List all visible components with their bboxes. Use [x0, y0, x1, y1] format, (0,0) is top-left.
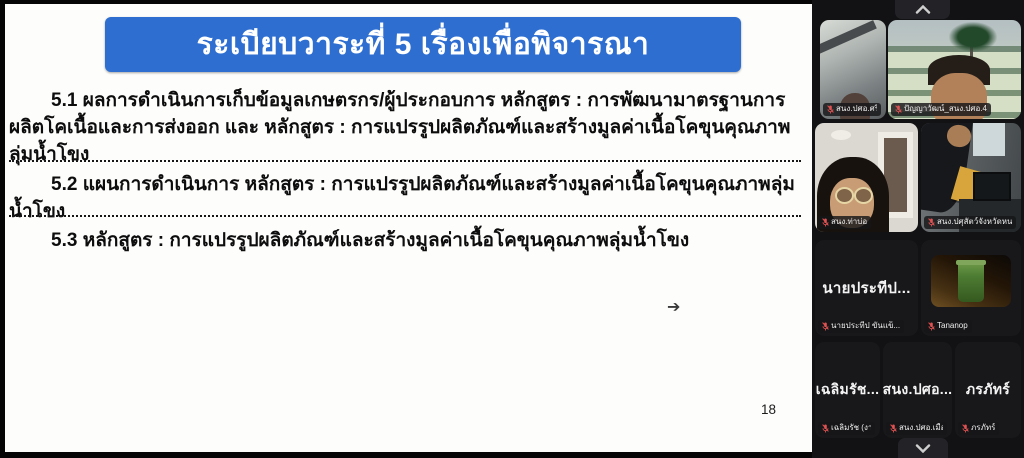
- participant-label: นายประทีป ขันแข็...: [831, 321, 900, 331]
- mic-muted-icon: [895, 105, 902, 114]
- participant-label: สนง.ท่าบ่อ: [831, 217, 867, 227]
- participant-name-pill: ปัญญาวัฒน์_สนง.ปศอ.4: [891, 103, 991, 116]
- mic-muted-icon: [962, 424, 969, 433]
- participant-name-pill: ภรภัทร์: [958, 422, 999, 435]
- monitor: [973, 172, 1011, 201]
- participant-video-tile[interactable]: ภรภัทร์ ภรภัทร์: [955, 342, 1021, 438]
- participants-panel: สนง.ปศอ.ศรีเชี... ปัญญาวัฒน์_สนง.ปศอ.4: [812, 0, 1024, 458]
- ceiling-lamp: [831, 130, 851, 140]
- participant-name-pill: เฉลิมรัช (งาน...: [818, 422, 875, 435]
- participant-name-pill: สนง.ปศอ.เมือง...: [886, 422, 947, 435]
- participant-video-tile[interactable]: สนง.ปศุสัตว์จังหวัดหนองป...: [921, 123, 1021, 232]
- agenda-item-5-1: 5.1 ผลการดำเนินการเก็บข้อมูลเกษตรกร/ผู้ป…: [9, 88, 805, 169]
- mic-muted-icon: [928, 218, 935, 227]
- participant-video-tile[interactable]: ปัญญาวัฒน์_สนง.ปศอ.4: [888, 20, 1021, 119]
- participant-label: สนง.ปศอ.เมือง...: [899, 423, 943, 433]
- participant-name-pill: นายประทีป ขันแข็...: [818, 320, 904, 333]
- scroll-participants-down-button[interactable]: [898, 438, 948, 458]
- green-drink-photo: [958, 262, 984, 302]
- participant-name-pill: Tananop: [924, 320, 972, 333]
- participant-video-tile[interactable]: สนง.ปศอ.ศรีเชี...: [820, 20, 886, 119]
- shared-screen-area: ระเบียบวาระที่ 5 เรื่องเพื่อพิจารณา 5.1 …: [0, 0, 812, 458]
- glasses: [835, 187, 854, 204]
- participant-video-tile[interactable]: Tananop: [921, 240, 1021, 336]
- participant-label: สนง.ปศอ.ศรีเชี...: [836, 104, 877, 114]
- arrow-icon: ➔: [667, 297, 680, 317]
- slide-title-banner: ระเบียบวาระที่ 5 เรื่องเพื่อพิจารณา: [105, 17, 741, 72]
- presentation-slide: ระเบียบวาระที่ 5 เรื่องเพื่อพิจารณา 5.1 …: [5, 4, 812, 452]
- dotted-divider: [9, 215, 801, 217]
- mic-muted-icon: [928, 322, 935, 331]
- agenda-item-5-3: 5.3 หลักสูตร : การแปรรูปผลิตภัณฑ์และสร้า…: [9, 228, 805, 255]
- participant-name-pill: สนง.ปศุสัตว์จังหวัดหนองป...: [924, 216, 1016, 229]
- participant-video-tile[interactable]: นายประทีป... นายประทีป ขันแข็...: [815, 240, 918, 336]
- ceiling-beam: [820, 20, 877, 57]
- page-number: 18: [761, 402, 776, 417]
- avatar: [931, 255, 1011, 307]
- mic-muted-icon: [822, 218, 829, 227]
- mic-muted-icon: [822, 322, 829, 331]
- agenda-item-5-2: 5.2 แผนการดำเนินการ หลักสูตร : การแปรรูป…: [9, 172, 805, 226]
- window-background: [973, 123, 1005, 156]
- palm-tree: [949, 22, 997, 52]
- mic-muted-icon: [890, 424, 897, 433]
- mic-muted-icon: [822, 424, 829, 433]
- scroll-participants-up-button[interactable]: [895, 0, 950, 19]
- participant-video-tile[interactable]: เฉลิมรัช... เฉลิมรัช (งาน...: [815, 342, 880, 438]
- chevron-up-icon: [915, 5, 931, 14]
- chevron-down-icon: [915, 444, 931, 453]
- slide-title: ระเบียบวาระที่ 5 เรื่องเพื่อพิจารณา: [197, 21, 650, 68]
- green-drink-photo: [956, 260, 986, 265]
- mic-muted-icon: [827, 105, 834, 114]
- participant-video-tile[interactable]: สนง.ท่าบ่อ: [815, 123, 918, 232]
- meeting-window: ระเบียบวาระที่ 5 เรื่องเพื่อพิจารณา 5.1 …: [0, 0, 1024, 458]
- dotted-divider: [9, 160, 801, 162]
- glasses: [854, 187, 873, 204]
- participant-video-tile[interactable]: สนง.ปศอ... สนง.ปศอ.เมือง...: [883, 342, 952, 438]
- participant-label: เฉลิมรัช (งาน...: [831, 423, 871, 433]
- participant-name-pill: สนง.ท่าบ่อ: [818, 216, 871, 229]
- participant-label: ปัญญาวัฒน์_สนง.ปศอ.4: [904, 104, 987, 114]
- participant-label: Tananop: [937, 321, 968, 331]
- participant-label: สนง.ปศุสัตว์จังหวัดหนองป...: [937, 217, 1012, 227]
- participant-label: ภรภัทร์: [971, 423, 995, 433]
- participant-name-pill: สนง.ปศอ.ศรีเชี...: [823, 103, 881, 116]
